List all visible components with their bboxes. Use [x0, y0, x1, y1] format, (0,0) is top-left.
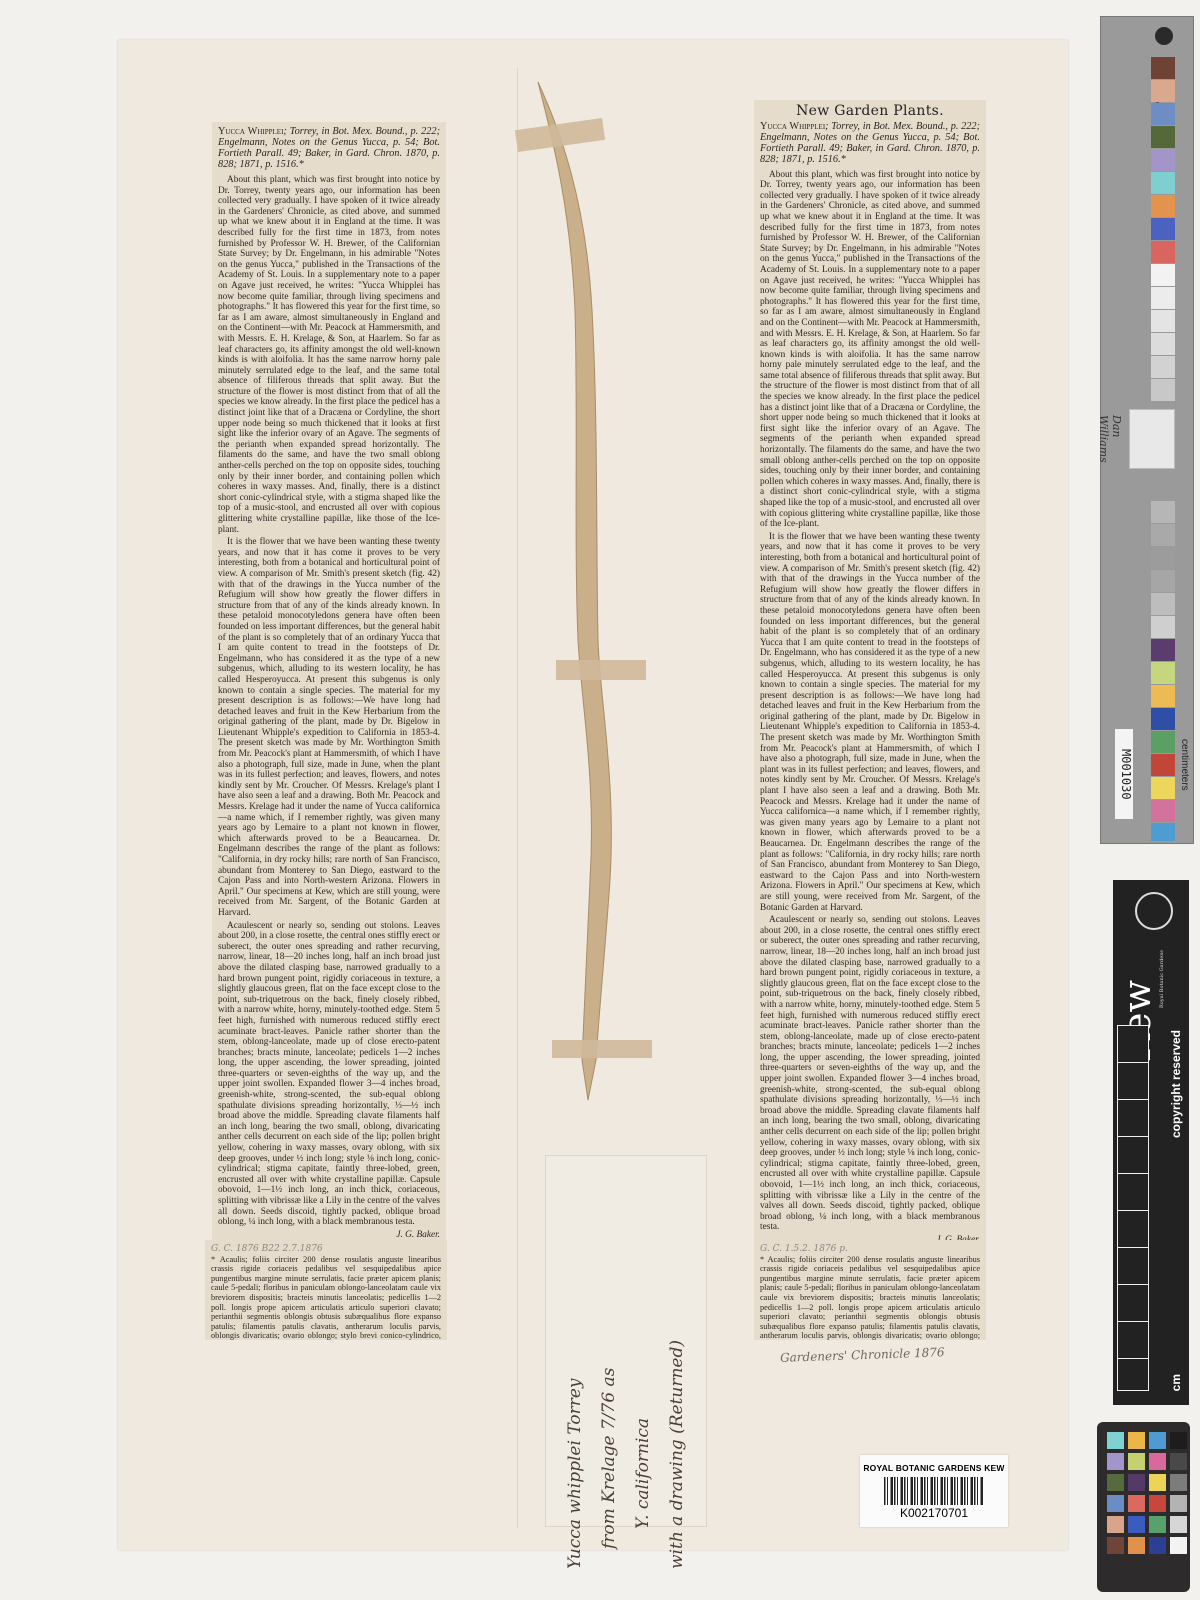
left-newspaper-clipping: Yucca Whipplei; Torrey, in Bot. Mex. Bou… — [212, 122, 446, 1242]
checker-cell — [1170, 1495, 1187, 1512]
color-patch — [1151, 218, 1175, 240]
clipping-paragraph: About this plant, which was first brough… — [760, 170, 980, 530]
kew-scale-bar: Kew Royal Botanic Gardens copyright rese… — [1113, 880, 1189, 1405]
color-patch — [1151, 333, 1175, 355]
color-patch — [1151, 823, 1175, 841]
color-patch — [1151, 662, 1175, 684]
color-calibration-bar: inches Dan Williams M001030 centimeters — [1100, 16, 1194, 844]
checker-cell — [1107, 1495, 1124, 1512]
checker-cell — [1170, 1537, 1187, 1554]
right-newspaper-clipping: New Garden Plants. Yucca Whipplei; Torre… — [754, 100, 986, 1240]
checker-cell — [1128, 1495, 1145, 1512]
barcode-label: ROYAL BOTANIC GARDENS KEW K002170701 — [860, 1455, 1008, 1527]
latin-diagnosis: * Acaulis; foliis circiter 200 dense ros… — [211, 1255, 441, 1340]
note-line: Y. californica — [626, 1199, 660, 1569]
color-checker-card — [1097, 1422, 1190, 1592]
color-patch — [1151, 126, 1175, 148]
pencil-annotation: G. C. 1876 B22 2.7.1876 — [211, 1244, 441, 1255]
checker-cell — [1128, 1474, 1145, 1491]
copyright-text: copyright reserved — [1169, 1030, 1183, 1138]
checker-cell — [1149, 1495, 1166, 1512]
note-line: from Krelage 7/76 as — [592, 1199, 626, 1569]
institution-name: ROYAL BOTANIC GARDENS KEW — [860, 1463, 1008, 1473]
kew-crest-icon — [1135, 892, 1173, 930]
checker-cell — [1107, 1516, 1124, 1533]
checker-cell — [1107, 1537, 1124, 1554]
note-line: Yucca whipplei Torrey — [558, 1199, 592, 1569]
color-patch — [1151, 800, 1175, 822]
left-latin-footnote: G. C. 1876 B22 2.7.1876 * Acaulis; folii… — [205, 1240, 447, 1340]
brand-label: Dan Williams — [1097, 415, 1123, 485]
checker-cell — [1149, 1537, 1166, 1554]
barcode-number: K002170701 — [860, 1506, 1008, 1520]
clipping-heading: Yucca Whipplei; Torrey, in Bot. Mex. Bou… — [760, 121, 980, 165]
kew-subtitle: Royal Botanic Gardens — [1159, 950, 1165, 1008]
checker-cell — [1149, 1453, 1166, 1470]
color-patch — [1151, 708, 1175, 730]
checker-cell — [1149, 1516, 1166, 1533]
checker-cell — [1170, 1432, 1187, 1449]
color-patch — [1151, 241, 1175, 263]
barcode-icon — [884, 1477, 984, 1505]
colorbar-id: M001030 — [1115, 729, 1133, 819]
grey-target — [1129, 409, 1175, 469]
clipping-title: New Garden Plants. — [760, 106, 980, 117]
author-signature: J. G. Baker. — [218, 1230, 440, 1241]
color-patch — [1151, 731, 1175, 753]
checker-cell — [1107, 1453, 1124, 1470]
checker-cell — [1128, 1516, 1145, 1533]
checker-cell — [1107, 1432, 1124, 1449]
mounting-strap — [552, 1040, 652, 1058]
color-patch — [1151, 379, 1175, 401]
pencil-annotation: G. C. 1.5.2. 1876 p. — [760, 1244, 980, 1255]
color-patch — [1151, 685, 1175, 707]
latin-diagnosis: * Acaulis; foliis circiter 200 dense ros… — [760, 1255, 980, 1340]
color-patch — [1151, 639, 1175, 661]
checker-cell — [1170, 1453, 1187, 1470]
checker-cell — [1170, 1474, 1187, 1491]
clipping-paragraph: It is the flower that we have been wanti… — [760, 532, 980, 913]
color-patch — [1151, 777, 1175, 799]
scale-unit: cm — [1169, 1374, 1183, 1391]
checker-cell — [1170, 1516, 1187, 1533]
color-patch — [1151, 593, 1175, 615]
yucca-leaf-specimen — [500, 60, 660, 1140]
clipping-heading: Yucca Whipplei; Torrey, in Bot. Mex. Bou… — [218, 126, 440, 170]
mounting-strap — [556, 660, 646, 680]
color-patch — [1151, 195, 1175, 217]
handwritten-text: Yucca whipplei Torrey from Krelage 7/76 … — [558, 1199, 694, 1569]
right-latin-footnote: G. C. 1.5.2. 1876 p. * Acaulis; foliis c… — [754, 1240, 986, 1340]
checker-cell — [1149, 1432, 1166, 1449]
color-patch — [1151, 616, 1175, 638]
checker-cell — [1128, 1453, 1145, 1470]
species-name: Yucca Whipplei — [218, 126, 283, 137]
color-patch — [1151, 57, 1175, 79]
color-patch — [1151, 547, 1175, 569]
color-patch — [1151, 754, 1175, 776]
color-patch — [1151, 103, 1175, 125]
color-patch — [1151, 264, 1175, 286]
scale-ruler — [1117, 1025, 1149, 1391]
checker-cell — [1107, 1474, 1124, 1491]
color-patch — [1151, 524, 1175, 546]
color-patch — [1151, 356, 1175, 378]
hole-icon — [1155, 27, 1173, 45]
checker-cell — [1128, 1537, 1145, 1554]
clipping-paragraph: Acaulescent or nearly so, sending out st… — [760, 915, 980, 1233]
color-patch — [1151, 80, 1175, 102]
checker-cell — [1149, 1474, 1166, 1491]
clipping-paragraph: Acaulescent or nearly so, sending out st… — [218, 921, 440, 1228]
color-patch — [1151, 172, 1175, 194]
color-patch — [1151, 570, 1175, 592]
clipping-paragraph: It is the flower that we have been wanti… — [218, 537, 440, 918]
clipping-paragraph: About this plant, which was first brough… — [218, 175, 440, 535]
checker-cell — [1128, 1432, 1145, 1449]
color-patch — [1151, 310, 1175, 332]
handwritten-note: Yucca whipplei Torrey from Krelage 7/76 … — [545, 1155, 707, 1527]
color-patch — [1151, 149, 1175, 171]
color-patch — [1151, 287, 1175, 309]
units-cm-label: centimeters — [1179, 739, 1190, 791]
color-patch — [1151, 501, 1175, 523]
note-line: with a drawing (Returned) — [660, 1199, 694, 1569]
species-name: Yucca Whipplei — [760, 121, 825, 132]
